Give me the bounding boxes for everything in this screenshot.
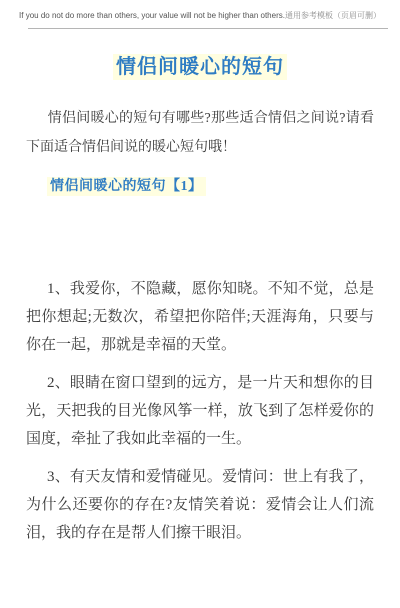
- page-header: If you do not do more than others, your …: [0, 0, 400, 21]
- list-item-2: 2、眼睛在窗口望到的远方，是一片天和想你的目光，天把我的目光像风筝一样，放飞到了…: [26, 369, 374, 453]
- content-gap: [0, 195, 400, 275]
- section-heading-text: 情侣间暖心的短句【1】: [47, 177, 206, 196]
- document-title-text: 情侣间暖心的短句: [113, 54, 287, 80]
- list-item-1: 1、我爱你，不隐藏，愿你知晓。不知不觉，总是把你想起;无数次，希望把你陪伴;天涯…: [26, 275, 374, 359]
- intro-paragraph: 情侣间暖心的短句有哪些?那些适合情侣之间说?请看下面适合情侣间说的暖心短句哦！: [26, 104, 374, 162]
- header-motto: If you do not do more than others, your …: [19, 11, 285, 20]
- header-template-note: 通用参考模板（页眉可删）: [285, 11, 381, 20]
- list-item-3: 3、有天友情和爱情碰见。爱情问：世上有我了，为什么还要你的存在?友情笑着说：爱情…: [26, 463, 374, 547]
- document-page: If you do not do more than others, your …: [0, 0, 400, 608]
- document-title: 情侣间暖心的短句: [0, 50, 400, 79]
- section-heading: 情侣间暖心的短句【1】: [26, 175, 374, 195]
- header-divider: [28, 28, 388, 29]
